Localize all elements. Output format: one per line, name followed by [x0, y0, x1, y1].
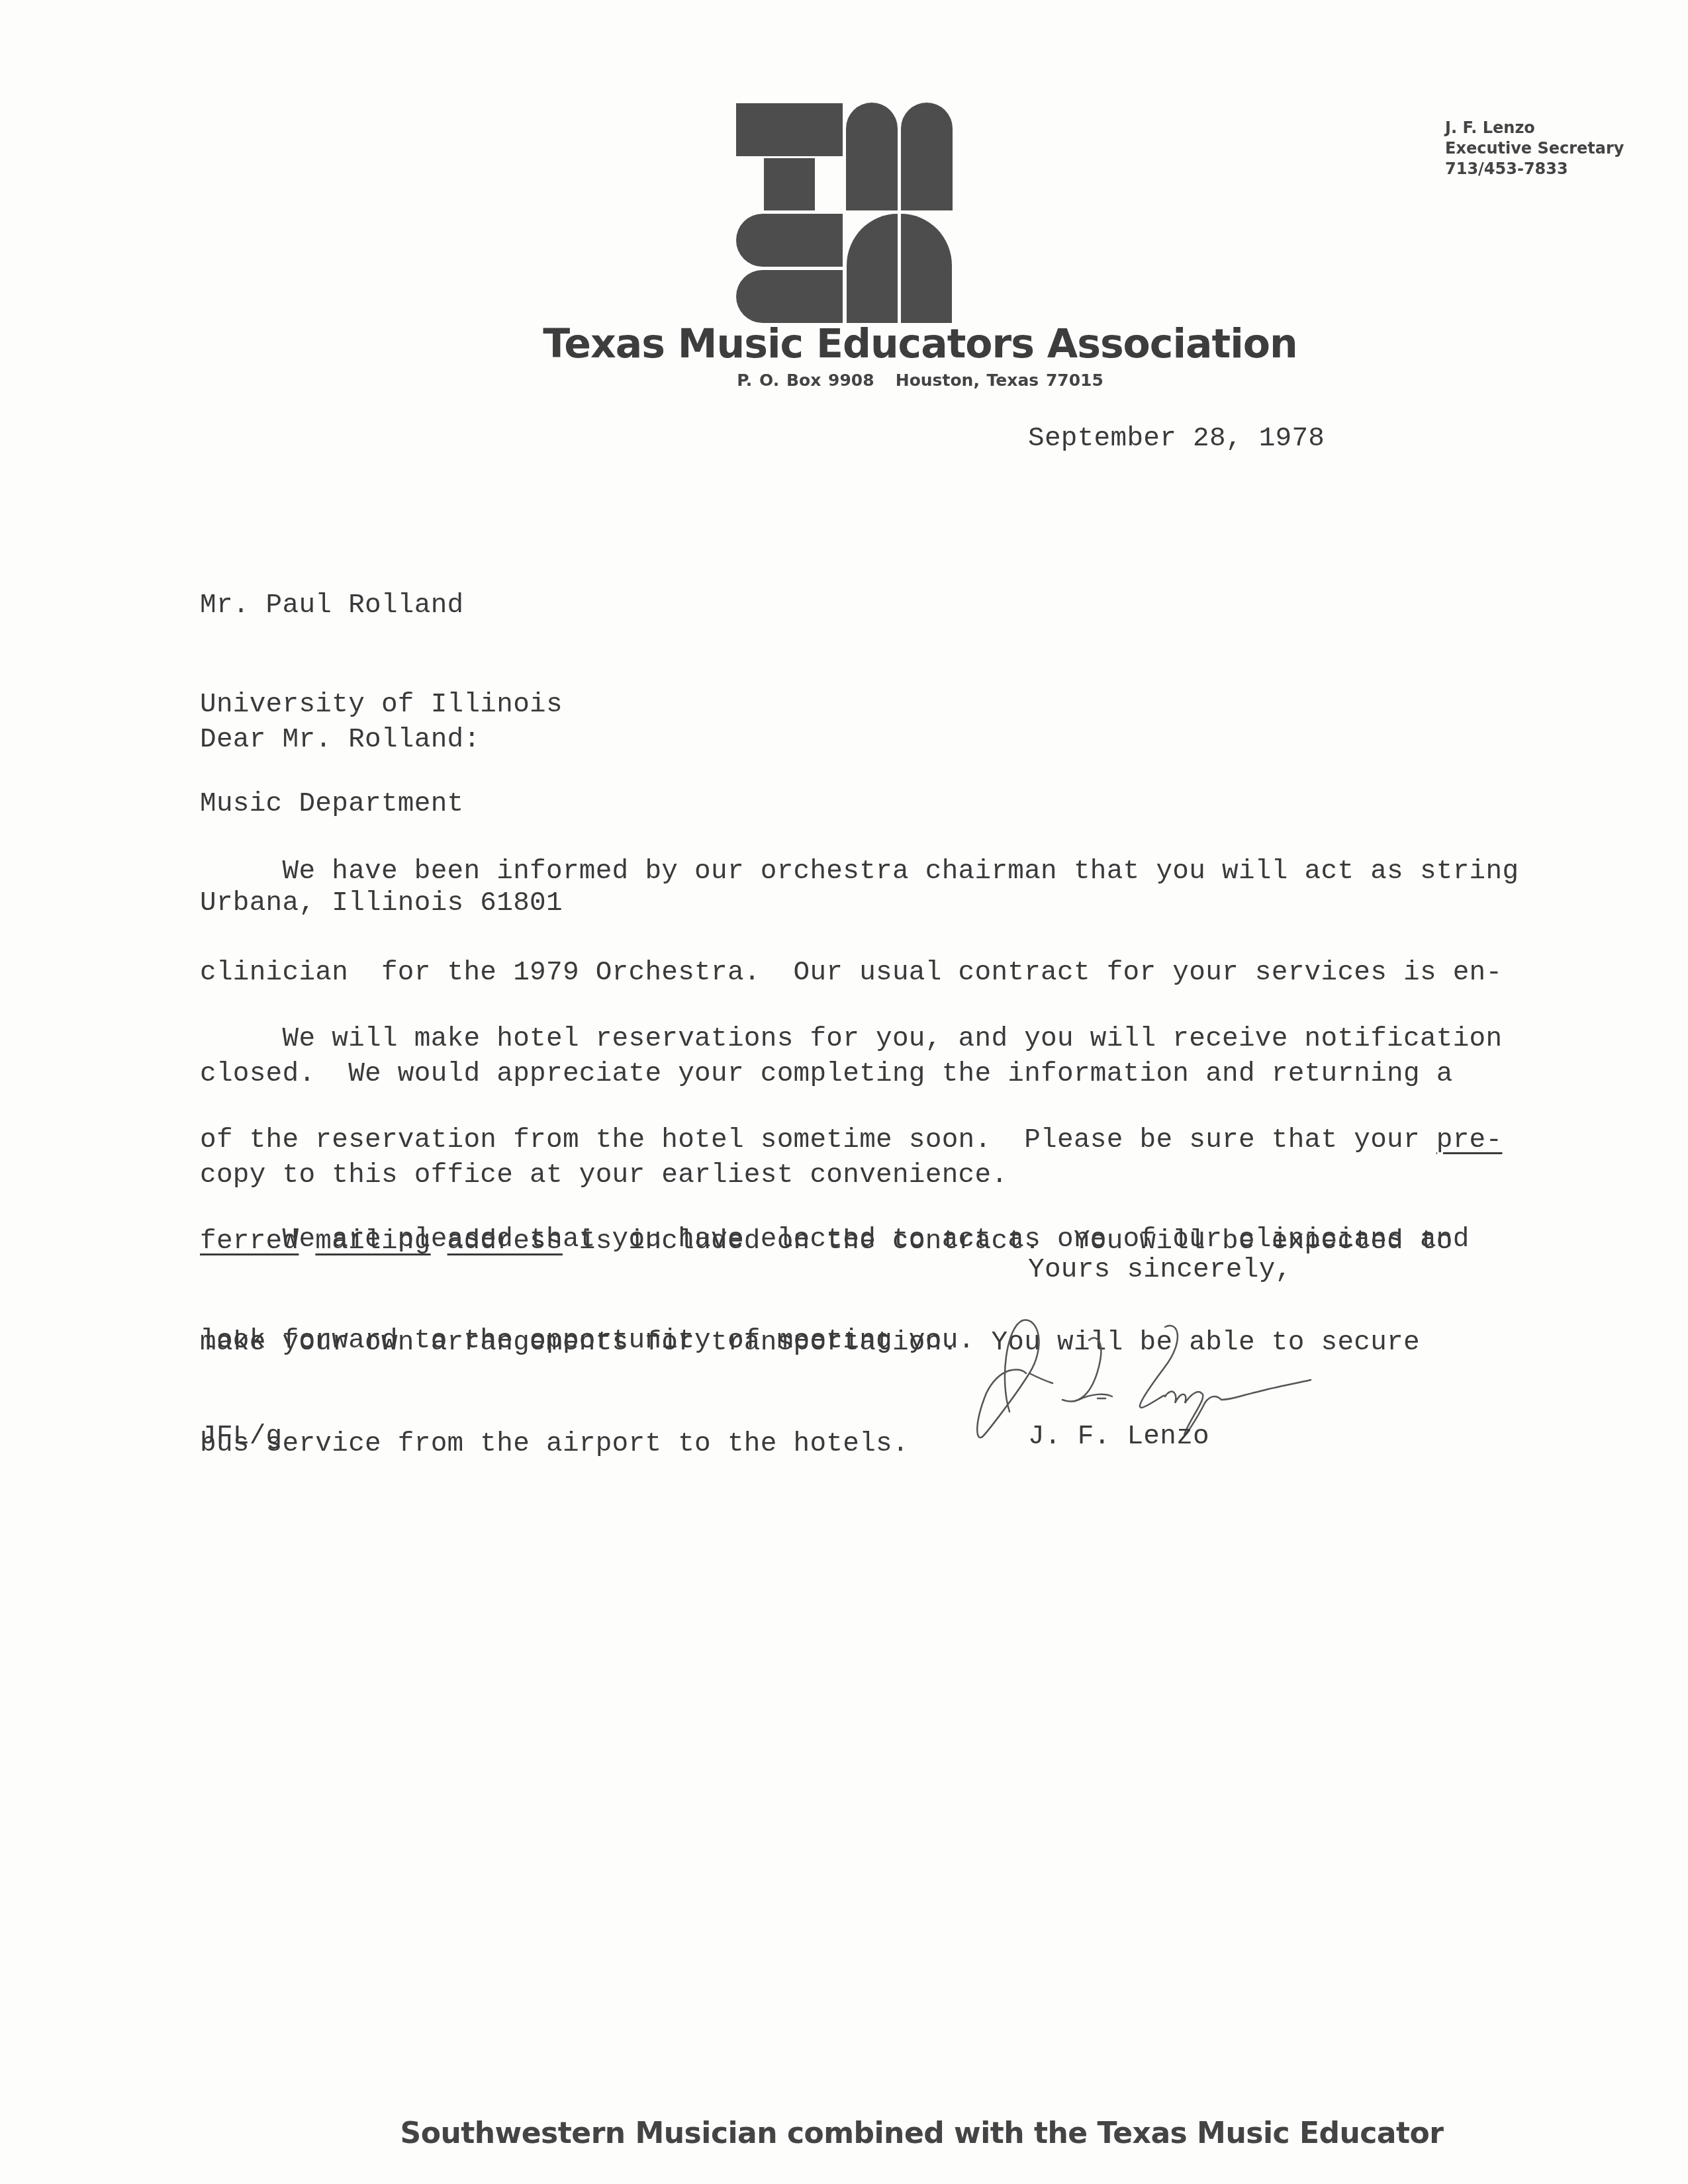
underlined-text: pre-	[1436, 1125, 1503, 1156]
organization-name: Texas Music Educators Association	[0, 321, 1688, 367]
paragraph-line: of the reservation from the hotel someti…	[200, 1124, 1502, 1158]
reference-initials: JFL/g	[200, 1422, 283, 1452]
sender-name: J. F. Lenzo	[1445, 118, 1624, 138]
tmea-logo-icon	[731, 99, 957, 324]
paragraph-line: We have been informed by our orchestra c…	[200, 855, 1519, 889]
salutation: Dear Mr. Rolland:	[200, 725, 480, 755]
closing: Yours sincerely,	[1028, 1255, 1291, 1285]
sender-info: J. F. Lenzo Executive Secretary 713/453-…	[1445, 118, 1624, 179]
letter-date: September 28, 1978	[1028, 424, 1325, 454]
letterhead-footer: Southwestern Musician combined with the …	[0, 2116, 1688, 2150]
sender-phone: 713/453-7833	[1445, 159, 1624, 179]
sender-title: Executive Secretary	[1445, 138, 1624, 159]
signer-typed-name: J. F. Lenzo	[1028, 1422, 1209, 1452]
paragraph-line: We are pleased that you have elected to …	[200, 1223, 1470, 1257]
paragraph-line: We will make hotel reservations for you,…	[200, 1023, 1502, 1056]
organization-address: P. O. Box 9908 Houston, Texas 77015	[0, 371, 1688, 390]
text-run: of the reservation from the hotel someti…	[200, 1125, 1436, 1156]
recipient-line: University of Illinois	[200, 688, 563, 721]
recipient-line: Mr. Paul Rolland	[200, 589, 563, 622]
